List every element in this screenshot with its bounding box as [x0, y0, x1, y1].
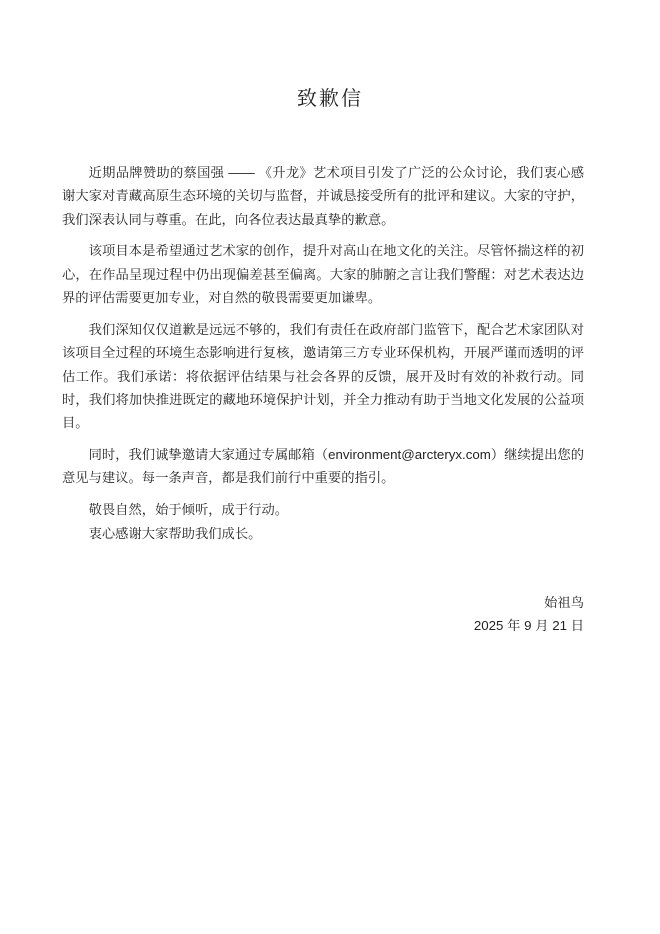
closing-lines: 敬畏自然，始于倾听，成于行动。 衷心感谢大家帮助我们成长。: [62, 498, 584, 545]
closing-line-2: 衷心感谢大家帮助我们成长。: [62, 522, 584, 545]
signature-block: 始祖鸟 2025 年 9 月 21 日: [62, 591, 584, 638]
letter-paragraph-3: 我们深知仅仅道歉是远远不够的，我们有责任在政府部门监管下，配合艺术家团队对该项目…: [62, 318, 584, 434]
signature-date: 2025 年 9 月 21 日: [62, 614, 584, 637]
letter-page: 致歉信 近期品牌赞助的蔡国强 —— 《升龙》艺术项目引发了广泛的公众讨论，我们衷…: [0, 0, 660, 934]
letter-paragraph-4: 同时，我们诚挚邀请大家通过专属邮箱（environment@arcteryx.c…: [62, 443, 584, 490]
signature-name: 始祖鸟: [62, 591, 584, 614]
letter-paragraph-1: 近期品牌赞助的蔡国强 —— 《升龙》艺术项目引发了广泛的公众讨论，我们衷心感谢大…: [62, 161, 584, 231]
letter-paragraph-2: 该项目本是希望通过艺术家的创作，提升对高山在地文化的关注。尽管怀揣这样的初心，在…: [62, 239, 584, 309]
letter-body: 近期品牌赞助的蔡国强 —— 《升龙》艺术项目引发了广泛的公众讨论，我们衷心感谢大…: [62, 161, 584, 637]
closing-line-1: 敬畏自然，始于倾听，成于行动。: [62, 498, 584, 521]
letter-title: 致歉信: [62, 88, 598, 110]
